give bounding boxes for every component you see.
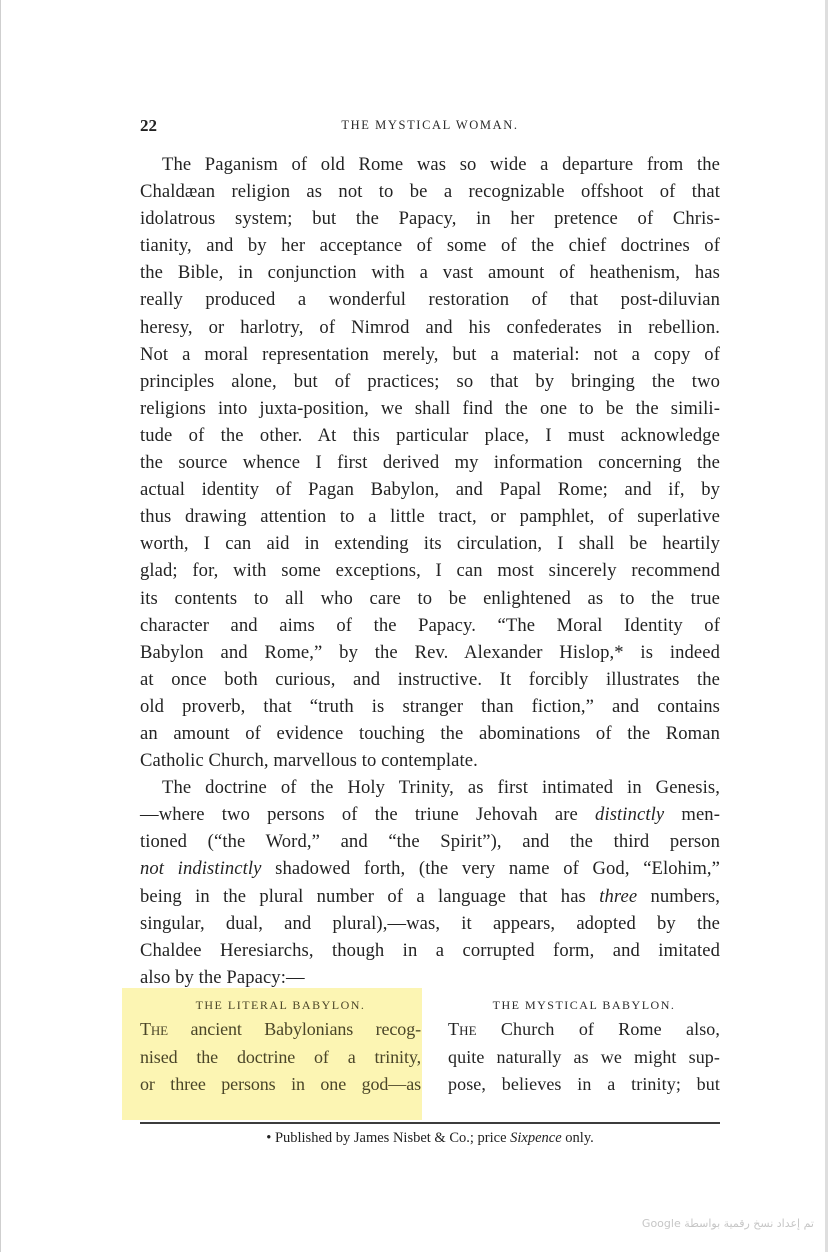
italic-emphasis: distinctly [595,804,664,825]
text-line: The Paganism of old Rome was so wide a d… [140,151,720,178]
text-line: idolatrous system; but the Papacy, in he… [140,205,720,232]
text-span: shadowed forth, (the very name of God, “… [262,858,720,879]
text-line: the source whence I first derived my inf… [140,449,720,476]
paragraph-1: The Paganism of old Rome was so wide a d… [140,151,720,774]
text-line: an amount of evidence touching the abomi… [140,720,720,747]
paragraph-2: The doctrine of the Holy Trinity, as fir… [140,774,720,991]
text-line: tioned (“the Word,” and “the Spirit”), a… [140,828,720,855]
text-line: Chaldæan religion as not to be a recogni… [140,178,720,205]
footnote: • Published by James Nisbet & Co.; price… [140,1130,720,1147]
text-line: religions into juxta-position, we shall … [140,395,720,422]
comparison-columns: THE LITERAL BABYLON. The ancient Babylon… [122,988,722,1120]
text-line: Not a moral representation merely, but a… [140,341,720,368]
footnote-text: Published by James Nisbet & Co.; price [271,1130,510,1146]
column-heading: THE LITERAL BABYLON. [140,994,421,1016]
body-text: The Paganism of old Rome was so wide a d… [140,151,720,991]
text-line: tianity, and by her acceptance of some o… [140,232,720,259]
running-title: THE MYSTICAL WOMAN. [140,118,720,133]
footnote-rule [140,1122,720,1124]
italic-emphasis: Sixpence [510,1130,562,1146]
text-line: glad; for, with some exceptions, I can m… [140,557,720,584]
text-line: being in the plural number of a language… [140,883,720,910]
text-line: Chaldee Heresiarchs, though in a corrupt… [140,937,720,964]
text-line: quite naturally as we might sup- [448,1044,720,1072]
text-line: the Bible, in conjunction with a vast am… [140,259,720,286]
text-span: men- [664,804,720,825]
text-line: worth, I can aid in extending its circul… [140,530,720,557]
text-line: old proverb, that “truth is stranger tha… [140,693,720,720]
column-mystical-babylon: THE MYSTICAL BABYLON. The Church of Rome… [448,994,720,1099]
text-span: —where two persons of the triune Jehovah… [140,804,595,825]
text-line: singular, dual, and plural),—was, it app… [140,910,720,937]
google-digitization-watermark: تم إعداد نسخ رقمية بواسطة Google [642,1217,814,1230]
text-line: The ancient Babylonians recog- [140,1016,421,1044]
text-line: principles alone, but of practices; so t… [140,368,720,395]
text-span: Church of Rome also, [477,1019,720,1039]
text-line: really produced a wonderful restoration … [140,286,720,313]
text-line: pose, believes in a trinity; but [448,1071,720,1099]
italic-emphasis: three [599,886,637,907]
text-line: The Church of Rome also, [448,1016,720,1044]
text-line: actual identity of Pagan Babylon, and Pa… [140,476,720,503]
text-line: —where two persons of the triune Jehovah… [140,801,720,828]
text-line: also by the Papacy:— [140,964,720,991]
text-line: thus drawing attention to a little tract… [140,503,720,530]
page-border-left [0,0,1,1252]
footnote-text: only. [562,1130,594,1146]
text-line: or three persons in one god—as [140,1071,421,1099]
text-line: The doctrine of the Holy Trinity, as fir… [140,774,720,801]
text-line: not indistinctly shadowed forth, (the ve… [140,855,720,882]
text-line: at once both curious, and instructive. I… [140,666,720,693]
text-line: tude of the other. At this particular pl… [140,422,720,449]
text-line: its contents to all who care to be enlig… [140,585,720,612]
text-span: numbers, [637,886,720,907]
text-span: being in the plural number of a language… [140,886,599,907]
text-line: nised the doctrine of a trinity, [140,1044,421,1072]
running-head: 22 THE MYSTICAL WOMAN. [140,116,720,136]
text-span: ancient Babylonians recog- [168,1019,421,1039]
italic-emphasis: not indistinctly [140,858,262,879]
small-caps-span: The [448,1019,477,1039]
small-caps-span: The [140,1019,168,1039]
column-heading: THE MYSTICAL BABYLON. [448,994,720,1016]
text-line: heresy, or harlotry, of Nimrod and his c… [140,314,720,341]
text-line: Catholic Church, marvellous to contempla… [140,747,720,774]
column-literal-babylon: THE LITERAL BABYLON. The ancient Babylon… [140,994,421,1099]
text-line: Babylon and Rome,” by the Rev. Alexander… [140,639,720,666]
text-line: character and aims of the Papacy. “The M… [140,612,720,639]
